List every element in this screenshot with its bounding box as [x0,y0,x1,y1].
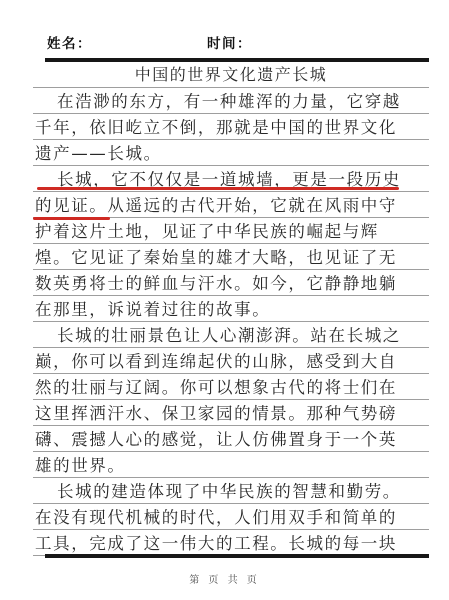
text-line: 煌。它见证了秦始皇的雄才大略，也见证了无 [33,244,429,270]
text-segment: 护着这片土地，见证了中华民族的崛起与辉 [35,222,379,241]
essay-title: 中国的世界文化遗产长城 [33,62,429,88]
text-line: 数英勇将士的鲜血与汗水。如今，它静静地躺 [33,270,429,296]
text-line: 遗产——长城。 [33,140,429,166]
red-underline [37,187,399,190]
text-line: 长城，它不仅仅是一道城墙，更是一段历史 [33,166,429,192]
text-segment: 从遥远的古代开始，它就在风雨中守 [107,196,397,215]
essay-body: 在浩渺的东方，有一种雄浑的力量，它穿越千年，依旧屹立不倒，那就是中国的世界文化遗… [33,88,429,556]
text-segment: 这里挥洒汗水、保卫家园的情景。那种气势磅 [35,404,397,423]
text-line: 在那里，诉说着过往的故事。 [33,296,429,322]
name-label: 姓名： [47,36,92,52]
text-segment: 礴、震撼人心的感觉，让人仿佛置身于一个英 [35,430,397,449]
text-segment: 煌。它见证了秦始皇的雄才大略，也见证了无 [35,248,397,267]
text-segment: 在浩渺的东方，有一种雄浑的力量，它穿越 [57,92,401,111]
text-line: 在没有现代机械的时代，人们用双手和简单的 [33,504,429,530]
text-segment: 雄的世界。 [35,456,126,475]
text-line: 长城的壮丽景色让人心潮澎湃。站在长城之 [33,322,429,348]
text-line: 的见证。从遥远的古代开始，它就在风雨中守 [33,192,429,218]
text-line: 在浩渺的东方，有一种雄浑的力量，它穿越 [33,88,429,114]
text-line: 长城的建造体现了中华民族的智慧和勤劳。 [33,478,429,504]
text-line: 工具，完成了这一伟大的工程。长城的每一块 [33,530,429,556]
footer-divider [45,554,429,558]
text-line: 这里挥洒汗水、保卫家园的情景。那种气势磅 [33,400,429,426]
text-line: 然的壮丽与辽阔。你可以想象古代的将士们在 [33,374,429,400]
text-segment: 在那里，诉说着过往的故事。 [35,300,270,319]
text-line: 雄的世界。 [33,452,429,478]
ruled-sheet: 中国的世界文化遗产长城 在浩渺的东方，有一种雄浑的力量，它穿越千年，依旧屹立不倒… [33,62,429,556]
text-segment: 数英勇将士的鲜血与汗水。如今，它静静地躺 [35,274,397,293]
time-label: 时间： [207,36,252,52]
text-segment: 长城的壮丽景色让人心潮澎湃。站在长城之 [57,326,401,345]
text-segment: 然的壮丽与辽阔。你可以想象古代的将士们在 [35,378,397,397]
text-line: 千年，依旧屹立不倒，那就是中国的世界文化 [33,114,429,140]
text-line: 礴、震撼人心的感觉，让人仿佛置身于一个英 [33,426,429,452]
text-line: 巅，你可以看到连绵起伏的山脉，感受到大自 [33,348,429,374]
text-line: 护着这片土地，见证了中华民族的崛起与辉 [33,218,429,244]
red-underlined-text: 的见证。 [35,196,107,215]
text-segment: 长城的建造体现了中华民族的智慧和勤劳。 [57,482,401,501]
text-segment: 巅，你可以看到连绵起伏的山脉，感受到大自 [35,352,397,371]
page-footer: 第 页 共 页 [0,571,449,586]
text-segment: 在没有现代机械的时代，人们用双手和简单的 [35,508,397,527]
text-segment: 工具，完成了这一伟大的工程。长城的每一块 [35,534,397,553]
text-segment: 遗产——长城。 [35,144,162,163]
text-segment: 千年，依旧屹立不倒，那就是中国的世界文化 [35,118,397,137]
worksheet-page: 姓名： 时间： 中国的世界文化遗产长城 在浩渺的东方，有一种雄浑的力量，它穿越千… [0,0,449,600]
